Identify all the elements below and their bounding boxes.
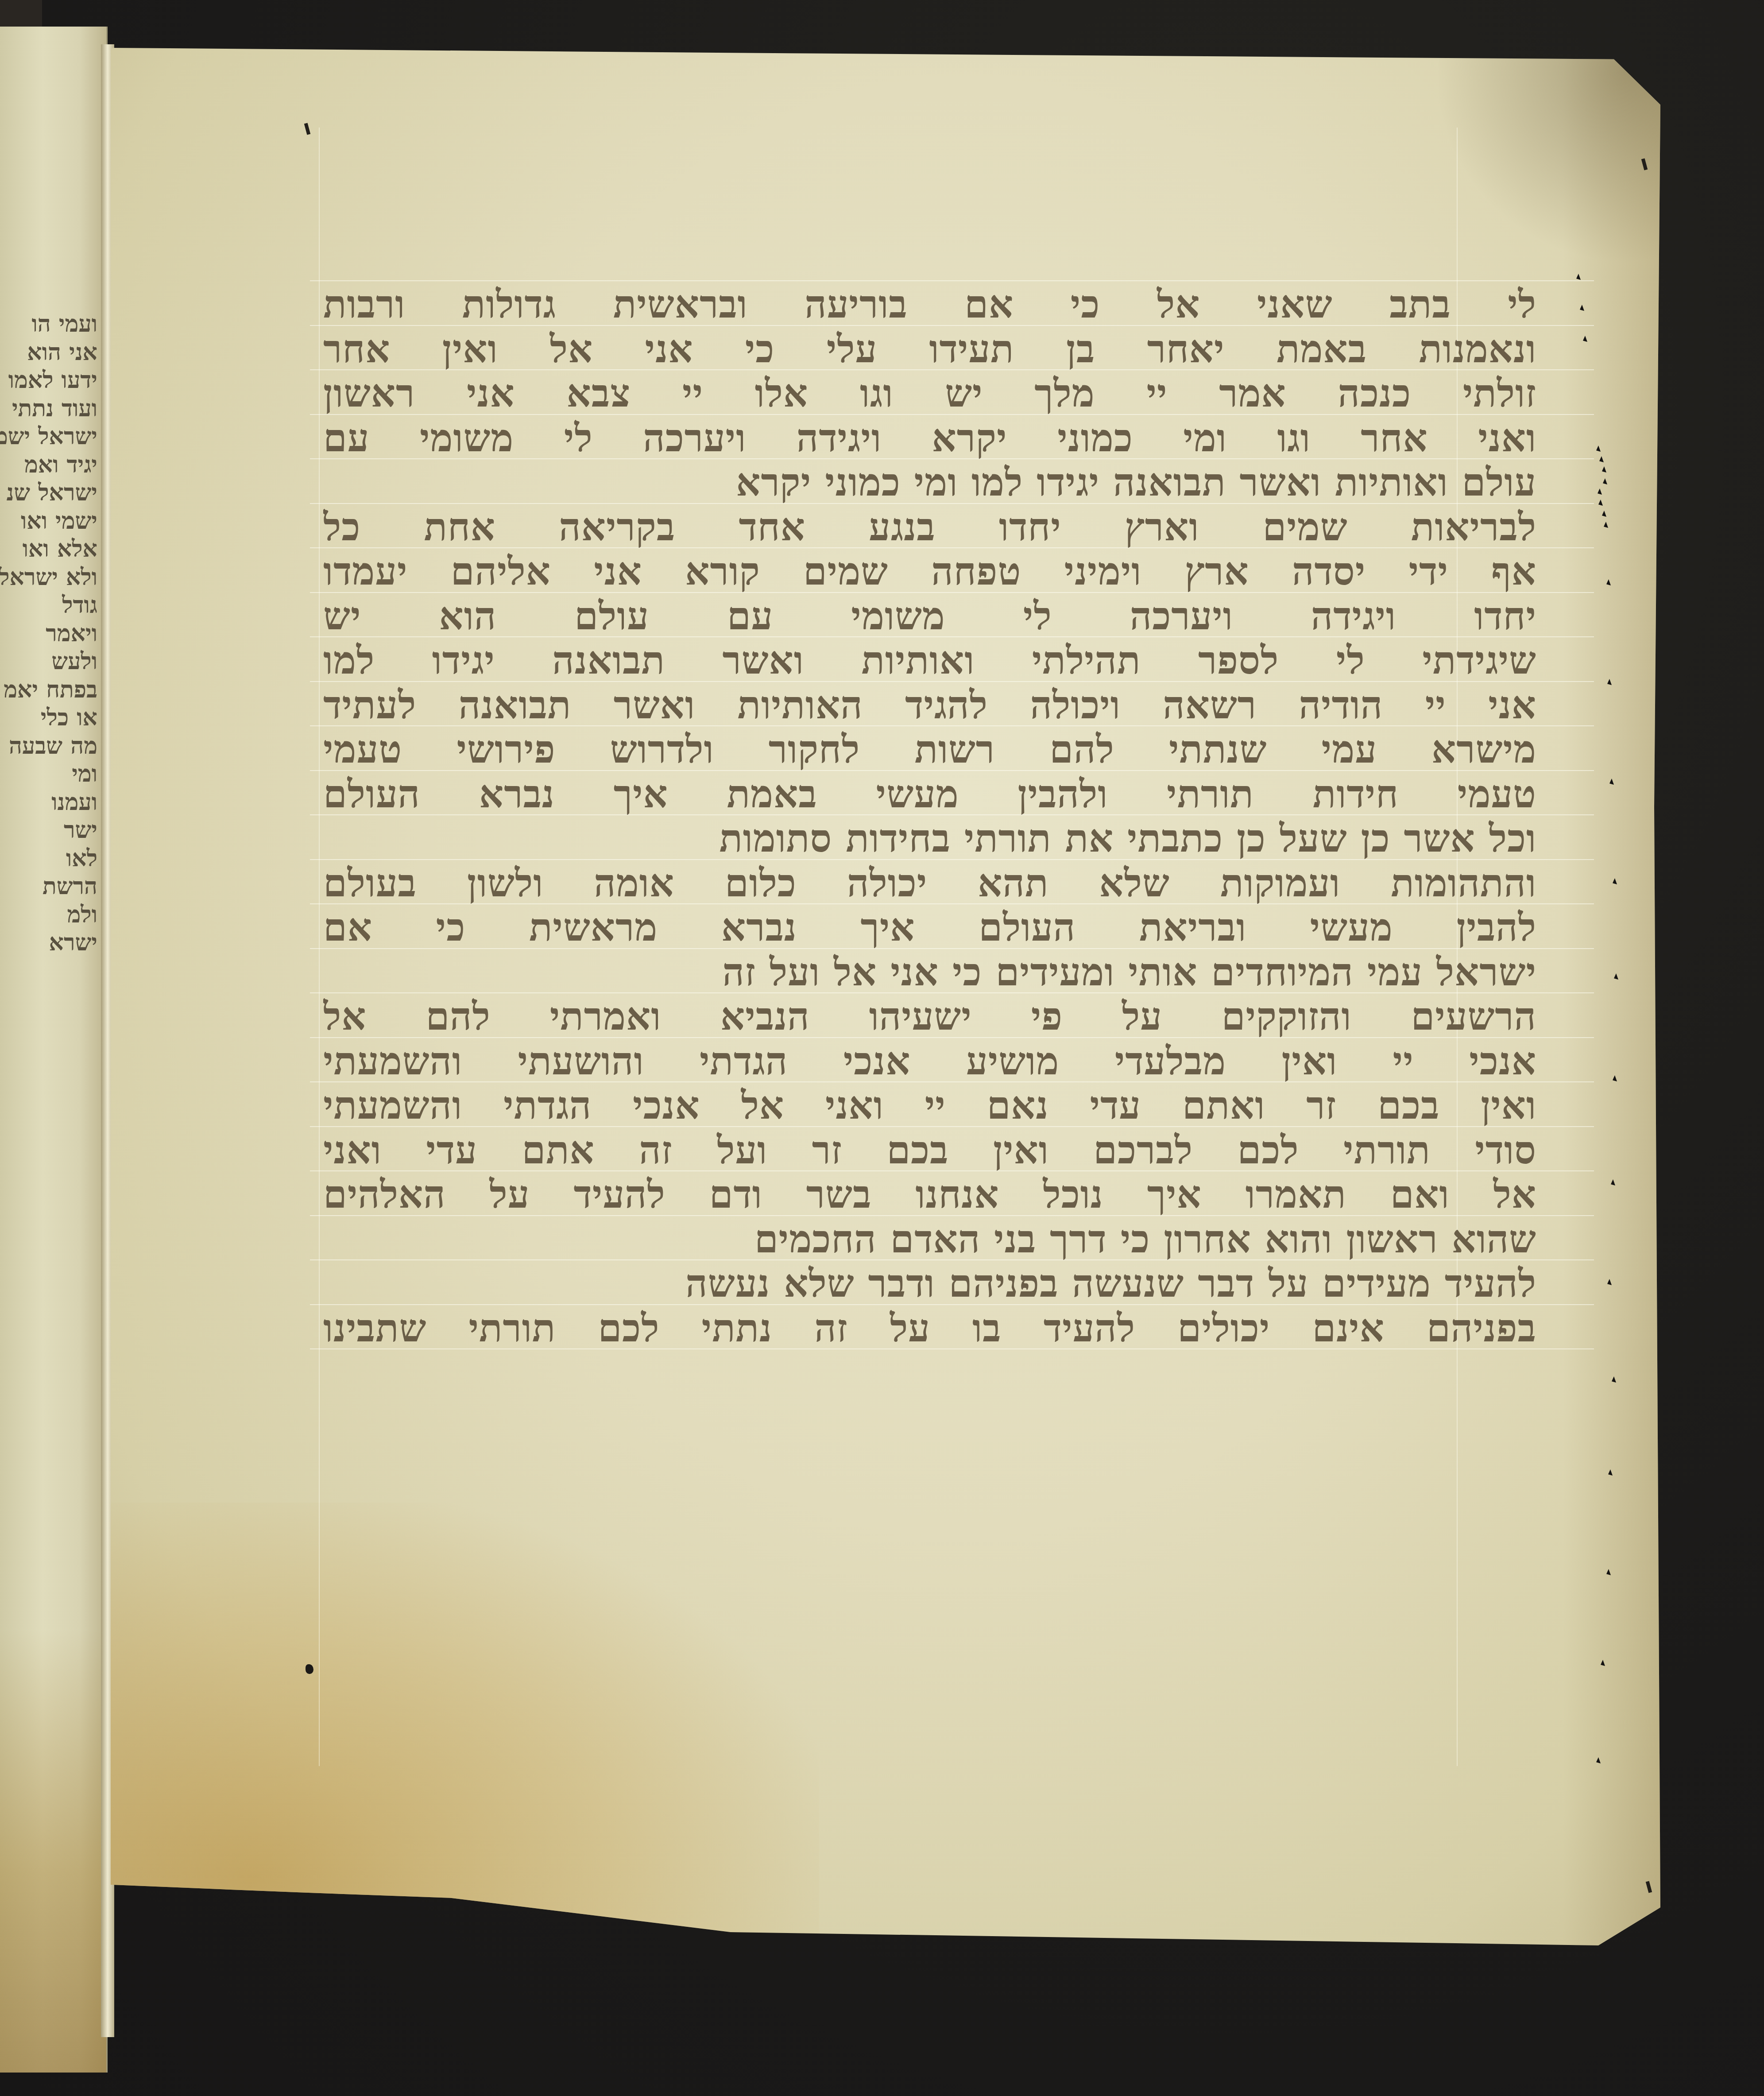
facing-line: ועמנו (0, 788, 97, 817)
ruling-line (310, 280, 1594, 281)
facing-page-verso: ועמי הו אני הוא ידעו לאמו ועוד נתתי ישרא… (0, 27, 108, 2073)
facing-line: לאו (0, 845, 97, 873)
text-line: ואין בכם זר ואתם עדי נאם יי ואני אל אנכי… (323, 1084, 1536, 1128)
text-line: אני יי הודיה רשאה ויכולה להגיד האותיות ו… (323, 683, 1536, 728)
text-line: אף ידי יסדה ארץ וימיני טפחה שמים קורא אנ… (323, 550, 1536, 594)
text-line: עולם ואותיות ואשר תבואנה יגידו למו ומי כ… (323, 461, 1536, 505)
edge-discoloration (1563, 48, 1660, 1945)
facing-line: מה שבעה (0, 732, 97, 760)
text-line: הרשעים והזוקקים על פי ישעיהו הנביא ואמרת… (323, 995, 1536, 1039)
facing-line: ויאמר (0, 620, 97, 648)
facing-line: ישראל ישמע (0, 422, 97, 451)
text-line: ונאמנות באמת יאחר בן תעידו עלי כי אני אל… (323, 327, 1536, 372)
main-text-block: לי בתב שאני אל כי אם בוריעה ובראשית גדול… (323, 283, 1536, 1351)
water-stain (111, 1503, 819, 1945)
facing-line: או כלי (0, 704, 97, 732)
facing-line: ולמ (0, 901, 97, 929)
facing-line: ישמי ואו (0, 507, 97, 535)
text-line: להבין מעשי ובריאת העולם איך נברא מראשית … (323, 906, 1536, 950)
text-line: שהוא ראשון והוא אחרון כי דרך בני האדם הח… (323, 1217, 1536, 1262)
text-line: בפניהם אינם יכולים להעיד בו על זה נתתי ל… (323, 1306, 1536, 1351)
text-line: סודי תורתי לכם לברכם ואין בכם זר ועל זה … (323, 1128, 1536, 1173)
text-line: והתהומות ועמוקות שלא תהא יכולה כלום אומה… (323, 861, 1536, 906)
text-line: טעמי חידות תורתי ולהבין מעשי באמת איך נב… (323, 772, 1536, 817)
text-line: אל ואם תאמרו איך נוכל אנחנו בשר ודם להעי… (323, 1173, 1536, 1217)
facing-line: ולעש (0, 647, 97, 676)
facing-line: ישרא (0, 929, 97, 957)
facing-line: הרשת (0, 872, 97, 901)
facing-page-stain (0, 1630, 106, 2073)
manuscript-page-recto: לי בתב שאני אל כי אם בוריעה ובראשית גדול… (111, 48, 1660, 1945)
facing-line: ועמי הו (0, 310, 97, 338)
prick-mark-top (304, 123, 310, 135)
text-line: ואני אחר וגו ומי כמוני יקרא ויגידה ויערכ… (323, 416, 1536, 461)
text-line: לבריאות שמים וארץ יחדו בנגע אחד בקריאה א… (323, 505, 1536, 550)
corner-stain (1439, 48, 1660, 269)
text-line: זולתי כנכה אמר יי מלך יש וגו אלו יי צבא … (323, 372, 1536, 416)
text-line: ישראל עמי המיוחדים אותי ומעידים כי אני א… (323, 950, 1536, 995)
text-line: שיגידתי לי לספר תהילתי ואותיות ואשר תבוא… (323, 639, 1536, 683)
ruling-line-vertical (319, 128, 320, 1766)
facing-line: ולא ישראל (0, 563, 97, 592)
ink-spot (306, 1664, 313, 1674)
text-line: להעיד מעידים על דבר שנעשה בפניהם ודבר של… (323, 1262, 1536, 1306)
text-line: לי בתב שאני אל כי אם בוריעה ובראשית גדול… (323, 283, 1536, 327)
facing-line: ישראל שנ (0, 479, 97, 507)
text-line: מישרא עמי שנתתי להם רשות לחקור ולדרוש פי… (323, 728, 1536, 772)
facing-line: גודל (0, 591, 97, 620)
text-line: אנכי יי ואין מבלעדי מושיע אנכי הגדתי והו… (323, 1039, 1536, 1084)
facing-line: בפתח יאמ (0, 676, 97, 704)
text-line: וכל אשר כן שעל כן כתבתי את תורתי בחידות … (323, 817, 1536, 861)
facing-line: ועוד נתתי (0, 395, 97, 423)
facing-line: אני הוא (0, 338, 97, 367)
facing-line: יגיד ואמ (0, 451, 97, 479)
facing-line: ישר (0, 816, 97, 845)
facing-line: אלא ואו (0, 535, 97, 563)
facing-line: ומי (0, 760, 97, 788)
text-line: יחדו ויגידה ויערכה לי משומי עם עולם הוא … (323, 594, 1536, 639)
facing-page-text: ועמי הו אני הוא ידעו לאמו ועוד נתתי ישרא… (0, 310, 97, 957)
facing-line: ידעו לאמו (0, 366, 97, 395)
